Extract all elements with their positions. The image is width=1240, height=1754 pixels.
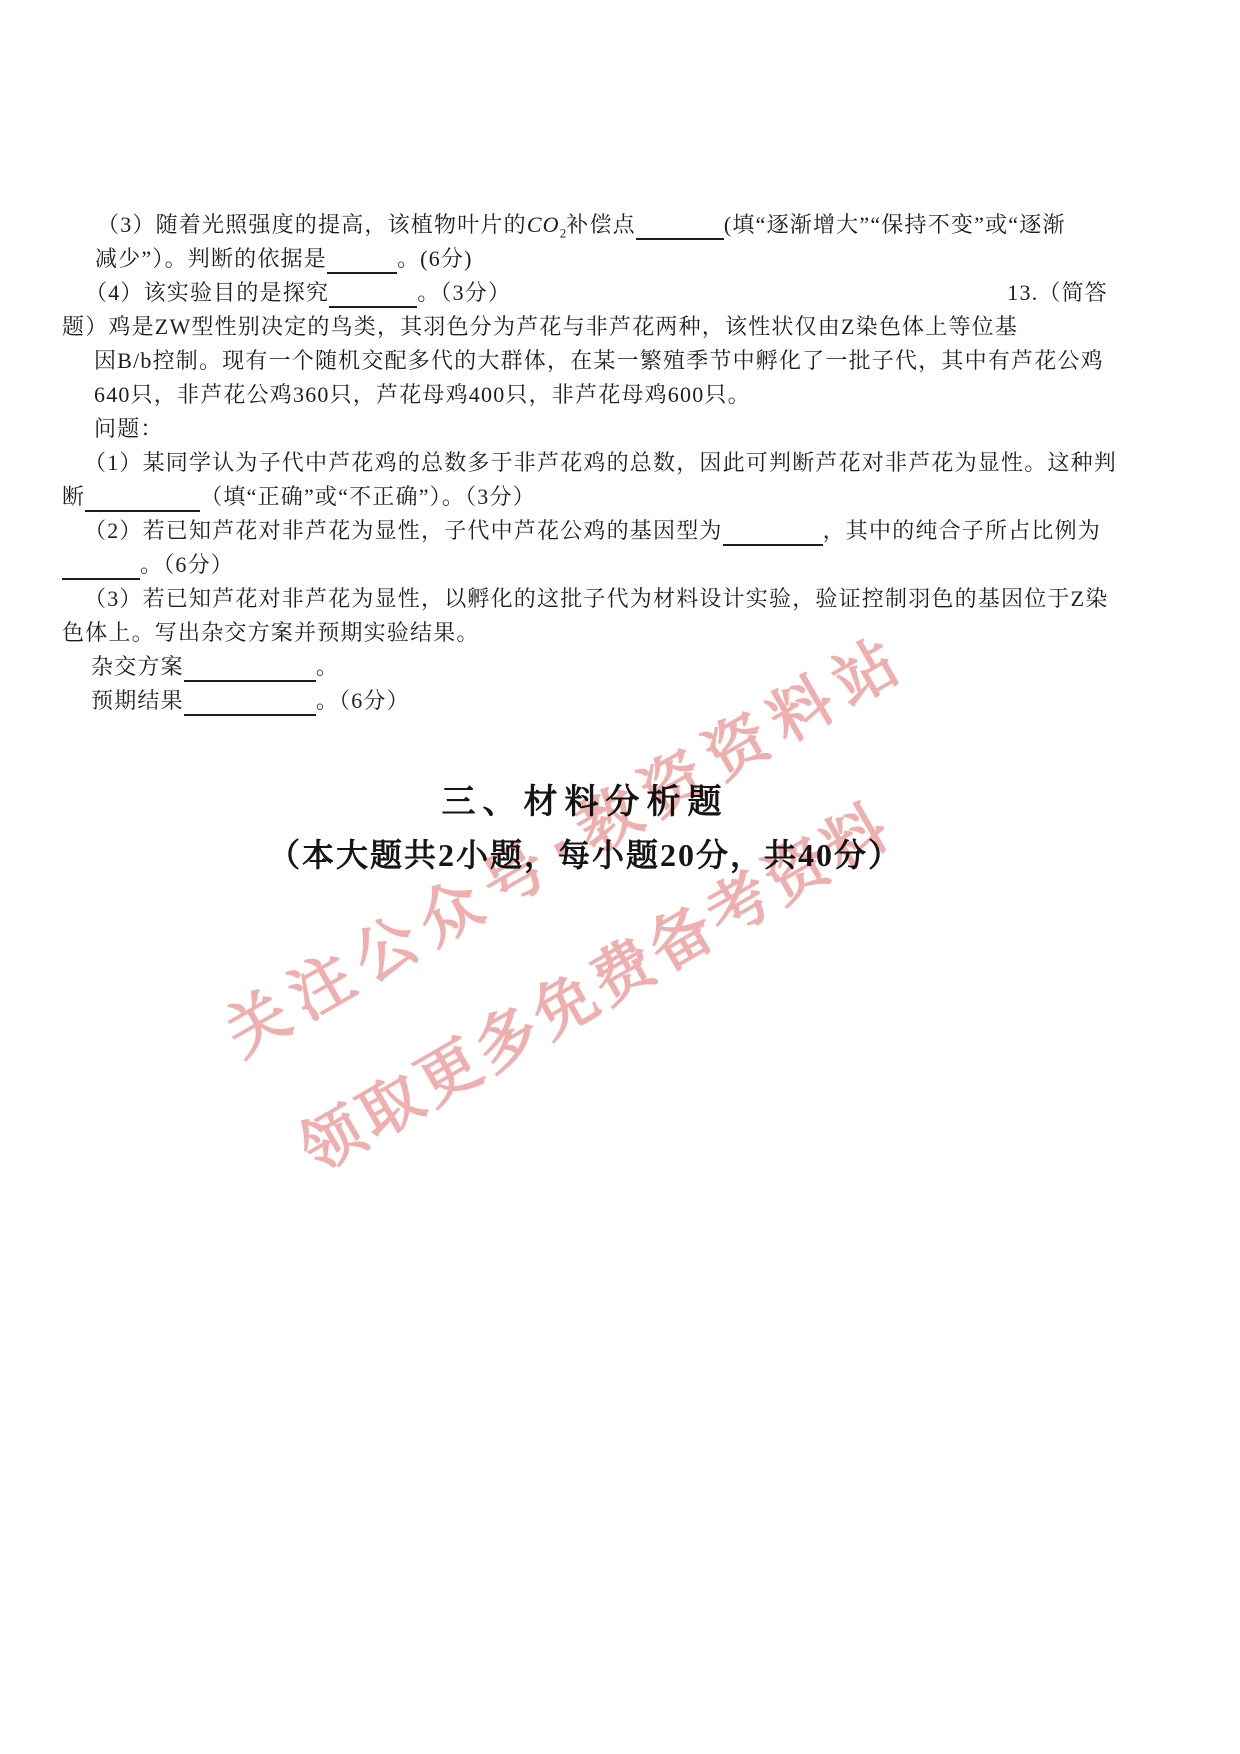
text-run: 预期结果: [91, 684, 184, 718]
text-line: （4）该实验目的是探究 。（3分）13.（简答: [62, 276, 1108, 310]
text-run: 。: [316, 650, 339, 684]
text-run: （2）若已知芦花对非芦花为显性，子代中芦花公鸡的基因型为: [84, 514, 723, 548]
text-run: 色体上。写出杂交方案并预期实验结果。: [62, 616, 480, 650]
text-run: （4）该实验目的是探究: [85, 276, 329, 310]
blank-field: [85, 484, 200, 512]
blank-field: [329, 280, 417, 308]
text-run: (填“逐渐增大”“保持不变”或“逐渐: [724, 208, 1066, 242]
text-run: 。（6分）: [140, 548, 234, 582]
blank-field: [184, 654, 316, 682]
blank-field: [723, 518, 823, 546]
co2-formula: CO2: [527, 208, 566, 250]
text-run: ，其中的纯合子所占比例为: [823, 514, 1101, 548]
text-run: 断: [62, 480, 85, 514]
text-line: （1）某同学认为子代中芦花鸡的总数多于非芦花鸡的总数，因此可判断芦花对非芦花为显…: [62, 446, 1108, 480]
text-run: 640只，非芦花公鸡360只，芦花母鸡400只，非芦花母鸡600只。: [94, 378, 751, 412]
text-run: （3）若已知芦花对非芦花为显性，以孵化的这批子代为材料设计实验，验证控制羽色的基…: [84, 582, 1108, 616]
text-line: （2）若已知芦花对非芦花为显性，子代中芦花公鸡的基因型为 ，其中的纯合子所占比例…: [62, 514, 1108, 548]
blank-field: [62, 552, 140, 580]
text-line: （3）若已知芦花对非芦花为显性，以孵化的这批子代为材料设计实验，验证控制羽色的基…: [62, 582, 1108, 616]
blank-field: [327, 246, 397, 274]
text-line: （3）随着光照强度的提高，该植物叶片的CO2补偿点 (填“逐渐增大”“保持不变”…: [62, 208, 1108, 242]
text-line: 题）鸡是ZW型性别决定的鸟类，其羽色分为芦花与非芦花两种，该性状仅由Z染色体上等…: [62, 310, 1108, 344]
text-line: 问题：: [62, 412, 1108, 446]
text-run: 杂交方案: [91, 650, 184, 684]
question-text-block: （3）随着光照强度的提高，该植物叶片的CO2补偿点 (填“逐渐增大”“保持不变”…: [62, 208, 1108, 718]
text-run: 。（3分）: [417, 276, 511, 310]
text-line: 断 （填“正确”或“不正确”）。（3分）: [62, 480, 1108, 514]
text-run: 补偿点: [566, 208, 636, 242]
text-run: 。(6分): [397, 242, 473, 276]
text-run: 问题：: [94, 412, 164, 446]
text-run: （3）随着光照强度的提高，该植物叶片的: [97, 208, 527, 242]
text-line: 因B/b控制。现有一个随机交配多代的大群体，在某一繁殖季节中孵化了一批子代，其中…: [62, 344, 1108, 378]
text-line: 杂交方案 。: [62, 650, 1108, 684]
text-run: 题）鸡是ZW型性别决定的鸟类，其羽色分为芦花与非芦花两种，该性状仅由Z染色体上等…: [62, 310, 1018, 344]
text-line: 色体上。写出杂交方案并预期实验结果。: [62, 616, 1108, 650]
text-run: （1）某同学认为子代中芦花鸡的总数多于非芦花鸡的总数，因此可判断芦花对非芦花为显…: [84, 446, 1117, 480]
text-run: 减少”）。判断的依据是: [95, 242, 327, 276]
text-run: 。（6分）: [316, 684, 410, 718]
blank-field: [636, 212, 724, 240]
text-line: 。（6分）: [62, 548, 1108, 582]
text-run: （填“正确”或“不正确”）。（3分）: [200, 480, 536, 514]
text-run: 因B/b控制。现有一个随机交配多代的大群体，在某一繁殖季节中孵化了一批子代，其中…: [94, 344, 1104, 378]
section-subtitle: （本大题共2小题，每小题20分，共40分）: [62, 830, 1108, 876]
exam-page: 关注公众号·教资资料站 领取更多免费备考资料 （3）随着光照强度的提高，该植物叶…: [0, 0, 1240, 1754]
section-title: 三、材料分析题: [62, 774, 1108, 823]
blank-field: [184, 688, 316, 716]
question-number: 13.（简答: [1007, 276, 1108, 310]
text-line: 640只，非芦花公鸡360只，芦花母鸡400只，非芦花母鸡600只。: [62, 378, 1108, 412]
text-line: 预期结果 。（6分）: [62, 684, 1108, 718]
text-line: 减少”）。判断的依据是 。(6分): [62, 242, 1108, 276]
